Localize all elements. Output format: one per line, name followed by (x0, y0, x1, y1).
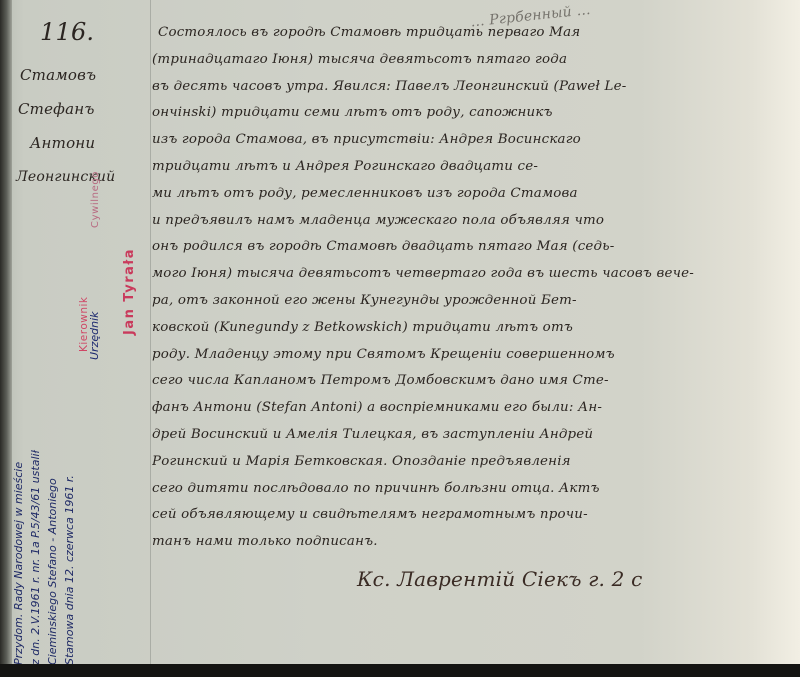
record-line: ковской (Kunegundy z Betkowskich) тридца… (152, 315, 792, 342)
annotation-line: Stamowa dnia 12. czerwca 1961 r. (61, 375, 78, 664)
record-body: Состоялось въ городѣ Стамовѣ тридцать пе… (152, 20, 792, 596)
scan-bottom-edge (0, 664, 800, 677)
margin-second-name: Антони (12, 128, 148, 162)
polish-margin-annotation: Przydom. Rady Narodowej w mieście z dn. … (10, 375, 78, 664)
annotation-line: Przydom. Rady Narodowej w mieście (10, 375, 27, 664)
record-line: (тринадцатаго Іюня) тысяча девятьсотъ пя… (152, 47, 792, 74)
record-line: ми лѣтъ отъ роду, ремесленниковъ изъ гор… (152, 181, 792, 208)
margin-given-name: Стефанъ (12, 94, 148, 128)
registrar-handwritten-signature: Urzędnik (88, 312, 101, 361)
record-line: тридцати лѣтъ и Андрея Рогинскаго двадца… (152, 154, 792, 181)
registrar-stamp-name: Jan Tyrała (122, 248, 137, 335)
annotation-line: Cieminskiego Stefano - Antoniego (44, 375, 61, 664)
record-line: и предъявилъ намъ младенца мужескаго пол… (152, 208, 792, 235)
priest-signature: Кс. Лаврентiй Сiекъ г. 2 с (152, 562, 792, 596)
record-line: сей объявляющему и свидѣтелямъ неграмотн… (152, 502, 792, 529)
margin-rule-line (150, 0, 151, 664)
record-line: изъ города Стамова, въ присутствiи: Андр… (152, 127, 792, 154)
record-line: сего дитяти послѣдовало по причинѣ болѣз… (152, 476, 792, 503)
margin-town: Стамовъ (12, 60, 148, 94)
record-line: ра, отъ законной его жены Кунегунды урож… (152, 288, 792, 315)
record-line: роду. Младенцу этому при Святомъ Крещенi… (152, 342, 792, 369)
record-line: дрей Восинский и Амелiя Тилецкая, въ зас… (152, 422, 792, 449)
record-line: танъ нами только подписанъ. (152, 529, 792, 556)
record-line: Рогинский и Марiя Бетковская. Опозданiе … (152, 449, 792, 476)
record-line: въ десять часовъ утра. Явился: Павелъ Ле… (152, 74, 792, 101)
margin-surname: Леонгинский (12, 162, 148, 196)
record-line: Состоялось въ городѣ Стамовѣ тридцать пе… (152, 20, 792, 47)
entry-number: 116. (40, 18, 94, 46)
record-line: мого Іюня) тысяча девятьсотъ четвертаго … (152, 261, 792, 288)
annotation-line: z dn. 2.V.1961 r. nr. 1a P.5/43/61 ustal… (27, 375, 44, 664)
registrar-stamp-office: Cywilnego (90, 171, 101, 228)
record-line: онъ родился въ городѣ Стамовѣ двадцать п… (152, 234, 792, 261)
record-line: фанъ Антони (Stefan Antoni) а воспрiемни… (152, 395, 792, 422)
record-line: ончiнski) тридцати семи лѣтъ отъ роду, с… (152, 100, 792, 127)
stamp-office-line: Cywilnego (90, 171, 101, 228)
record-line: сего числа Капланомъ Петромъ Домбовскимъ… (152, 368, 792, 395)
margin-names: Стамовъ Стефанъ Антони Леонгинский (12, 60, 148, 196)
register-page: … Ргрбенный … 116. Стамовъ Стефанъ Антон… (0, 0, 800, 664)
